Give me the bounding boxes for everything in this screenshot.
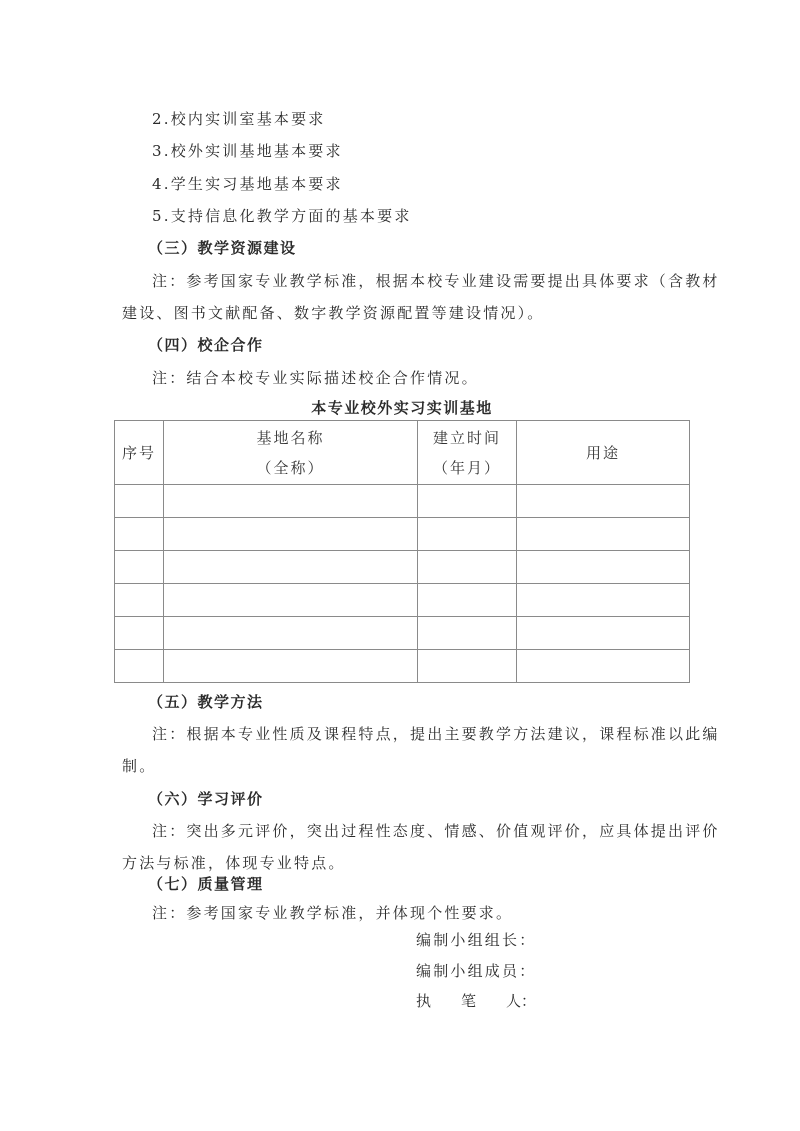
note-quality-management: 注：参考国家专业教学标准，并体现个性要求。 — [152, 903, 513, 923]
header-time-line2: （年月） — [418, 453, 516, 483]
cell-seq[interactable] — [115, 485, 164, 518]
header-established-time: 建立时间 （年月） — [418, 421, 517, 485]
section-heading-learning-evaluation: （六）学习评价 — [148, 789, 264, 809]
table-row — [115, 650, 690, 683]
cell-time[interactable] — [418, 584, 517, 617]
cell-base-name[interactable] — [164, 485, 418, 518]
note-learning-evaluation-1: 注：突出多元评价，突出过程性态度、情感、价值观评价，应具体提出评价 — [152, 821, 720, 841]
note-learning-evaluation-2: 方法与标准，体现专业特点。 — [122, 853, 346, 873]
section-heading-quality-management: （七）质量管理 — [148, 874, 264, 894]
list-item-training-room: 2.校内实训室基本要求 — [152, 109, 326, 129]
table-header-row: 序号 基地名称 （全称） 建立时间 （年月） 用途 — [115, 421, 690, 485]
cell-usage[interactable] — [517, 650, 690, 683]
cell-base-name[interactable] — [164, 584, 418, 617]
table-row — [115, 584, 690, 617]
header-seq: 序号 — [115, 421, 164, 485]
signature-members-label: 编制小组成员： — [416, 961, 536, 981]
cell-seq[interactable] — [115, 617, 164, 650]
note-teaching-resources-1: 注：参考国家专业教学标准，根据本校专业建设需要提出具体要求（含教材 — [152, 271, 720, 291]
note-school-enterprise: 注：结合本校专业实际描述校企合作情况。 — [152, 368, 479, 388]
table-title: 本专业校外实习实训基地 — [114, 398, 690, 418]
note-teaching-resources-2: 建设、图书文献配备、数字教学资源配置等建设情况）。 — [122, 303, 545, 323]
cell-time[interactable] — [418, 551, 517, 584]
note-teaching-methods-1: 注：根据本专业性质及课程特点，提出主要教学方法建议，课程标准以此编 — [152, 724, 720, 744]
cell-base-name[interactable] — [164, 518, 418, 551]
signature-leader-label: 编制小组组长： — [416, 930, 536, 950]
table-row — [115, 518, 690, 551]
cell-usage[interactable] — [517, 485, 690, 518]
header-base-name-line1: 基地名称 — [164, 423, 417, 453]
header-time-line1: 建立时间 — [418, 423, 516, 453]
cell-usage[interactable] — [517, 584, 690, 617]
cell-time[interactable] — [418, 617, 517, 650]
cell-base-name[interactable] — [164, 650, 418, 683]
signature-writer-label: 执 笔 人： — [416, 991, 536, 1011]
header-base-name-line2: （全称） — [164, 453, 417, 483]
note-teaching-methods-2: 制。 — [122, 756, 156, 776]
cell-usage[interactable] — [517, 518, 690, 551]
list-item-internship-base: 4.学生实习基地基本要求 — [152, 174, 343, 194]
cell-seq[interactable] — [115, 584, 164, 617]
header-usage: 用途 — [517, 421, 690, 485]
section-heading-school-enterprise: （四）校企合作 — [148, 335, 264, 355]
cell-usage[interactable] — [517, 551, 690, 584]
section-heading-teaching-methods: （五）教学方法 — [148, 692, 264, 712]
section-heading-teaching-resources: （三）教学资源建设 — [148, 238, 297, 258]
table-row — [115, 617, 690, 650]
cell-seq[interactable] — [115, 650, 164, 683]
cell-time[interactable] — [418, 485, 517, 518]
cell-usage[interactable] — [517, 617, 690, 650]
cell-seq[interactable] — [115, 518, 164, 551]
table-row — [115, 551, 690, 584]
training-base-table: 序号 基地名称 （全称） 建立时间 （年月） 用途 — [114, 420, 690, 683]
list-item-external-base: 3.校外实训基地基本要求 — [152, 141, 343, 161]
cell-time[interactable] — [418, 518, 517, 551]
header-base-name: 基地名称 （全称） — [164, 421, 418, 485]
cell-base-name[interactable] — [164, 617, 418, 650]
cell-base-name[interactable] — [164, 551, 418, 584]
list-item-it-teaching: 5.支持信息化教学方面的基本要求 — [152, 206, 412, 226]
cell-seq[interactable] — [115, 551, 164, 584]
cell-time[interactable] — [418, 650, 517, 683]
table-row — [115, 485, 690, 518]
